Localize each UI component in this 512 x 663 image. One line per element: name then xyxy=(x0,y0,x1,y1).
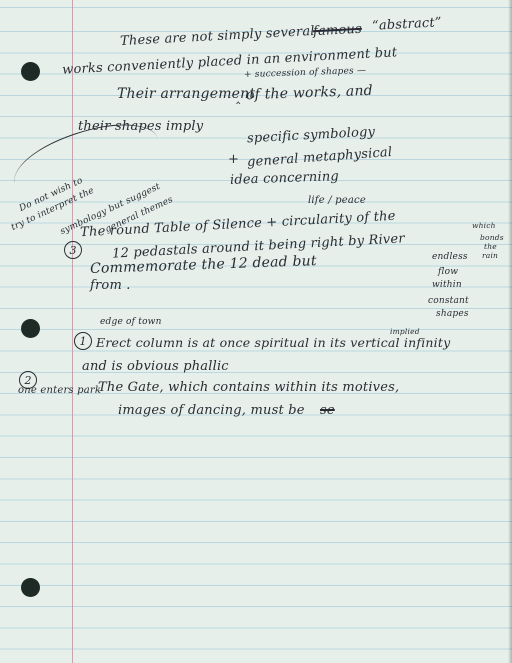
river-note-the: the xyxy=(484,243,497,251)
item3-line-4: from . xyxy=(90,279,131,292)
text-plus-sign: + xyxy=(228,153,239,166)
item2-line-2: images of dancing, must be xyxy=(118,404,305,417)
text-life-peace: life / peace xyxy=(308,196,366,206)
item2-line-1: The Gate, which contains within its moti… xyxy=(98,381,399,394)
circled-number-1: 1 xyxy=(74,332,92,350)
page-edge-shadow xyxy=(508,0,512,663)
text-line-1: These are not simply several xyxy=(120,25,315,48)
item1-line-2: and is obvious phallic xyxy=(82,360,229,373)
item2-struck: se xyxy=(320,404,335,417)
item1-edge-of-town: edge of town xyxy=(100,318,162,327)
item2-prefix: one enters park xyxy=(18,386,101,396)
text-specific-symbology: specific symbology xyxy=(247,126,376,146)
text-general-metaphysical: general metaphysical xyxy=(247,146,393,169)
text-idea-concerning: idea concerning xyxy=(230,170,339,187)
punch-hole-middle xyxy=(21,319,40,338)
river-note-which: which xyxy=(472,222,496,230)
river-note-flow: flow xyxy=(438,268,458,277)
river-note-constant: constant xyxy=(428,297,469,306)
text-line-4: Their arrangement xyxy=(117,87,255,101)
river-note-shapes: shapes xyxy=(436,310,469,319)
margin-line xyxy=(72,0,73,663)
struck-word: famous xyxy=(313,23,363,39)
river-note-bonds: bonds xyxy=(480,234,504,242)
punch-hole-top xyxy=(21,62,40,81)
text-line-4-end: of the works, and xyxy=(246,84,373,102)
circled-number-3: 3 xyxy=(64,241,82,259)
insertion-caret: ‸ xyxy=(236,91,241,104)
item1-line-1: Erect column is at once spiritual in its… xyxy=(96,337,450,350)
text-line-1-end: “abstract” xyxy=(372,16,442,33)
insertion-succession-of-shapes: + succession of shapes — xyxy=(244,67,366,80)
river-note-endless: endless xyxy=(432,253,468,262)
notebook-page: These are not simply several famous “abs… xyxy=(0,0,512,663)
punch-hole-bottom xyxy=(21,578,40,597)
river-note-rain: rain xyxy=(482,252,498,260)
river-note-within: within xyxy=(432,281,462,290)
